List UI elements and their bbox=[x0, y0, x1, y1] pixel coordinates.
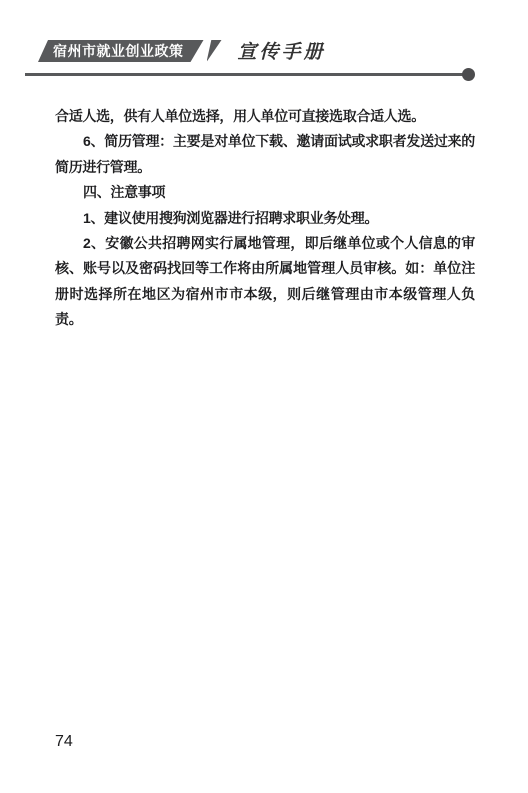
rule-end-dot-icon bbox=[462, 68, 475, 81]
series-title-label: 宿州市就业创业政策 bbox=[53, 43, 184, 59]
document-page: 宿州市就业创业政策 宣传手册 合适人选，供有人单位选择，用人单位可直接选取合适人… bbox=[0, 0, 528, 793]
banner-slash-icon bbox=[207, 40, 222, 62]
paragraph-continuation: 合适人选，供有人单位选择，用人单位可直接选取合适人选。 bbox=[55, 104, 475, 129]
page-number: 74 bbox=[55, 733, 73, 751]
handbook-title: 宣传手册 bbox=[238, 41, 326, 63]
section-heading-notes: 四、注意事项 bbox=[55, 180, 475, 205]
page-body: 合适人选，供有人单位选择，用人单位可直接选取合适人选。 6、简历管理：主要是对单… bbox=[55, 104, 475, 333]
paragraph-note-2: 2、安徽公共招聘网实行属地管理，即后继单位或个人信息的审核、账号以及密码找回等工… bbox=[55, 231, 475, 333]
paragraph-resume-management: 6、简历管理：主要是对单位下载、邀请面试或求职者发送过来的简历进行管理。 bbox=[55, 129, 475, 180]
paragraph-note-1: 1、建议使用搜狗浏览器进行招聘求职业务处理。 bbox=[55, 206, 475, 231]
header-rule bbox=[25, 73, 465, 76]
header-banner-row: 宿州市就业创业政策 宣传手册 bbox=[38, 40, 326, 63]
series-title-banner: 宿州市就业创业政策 bbox=[38, 40, 204, 62]
